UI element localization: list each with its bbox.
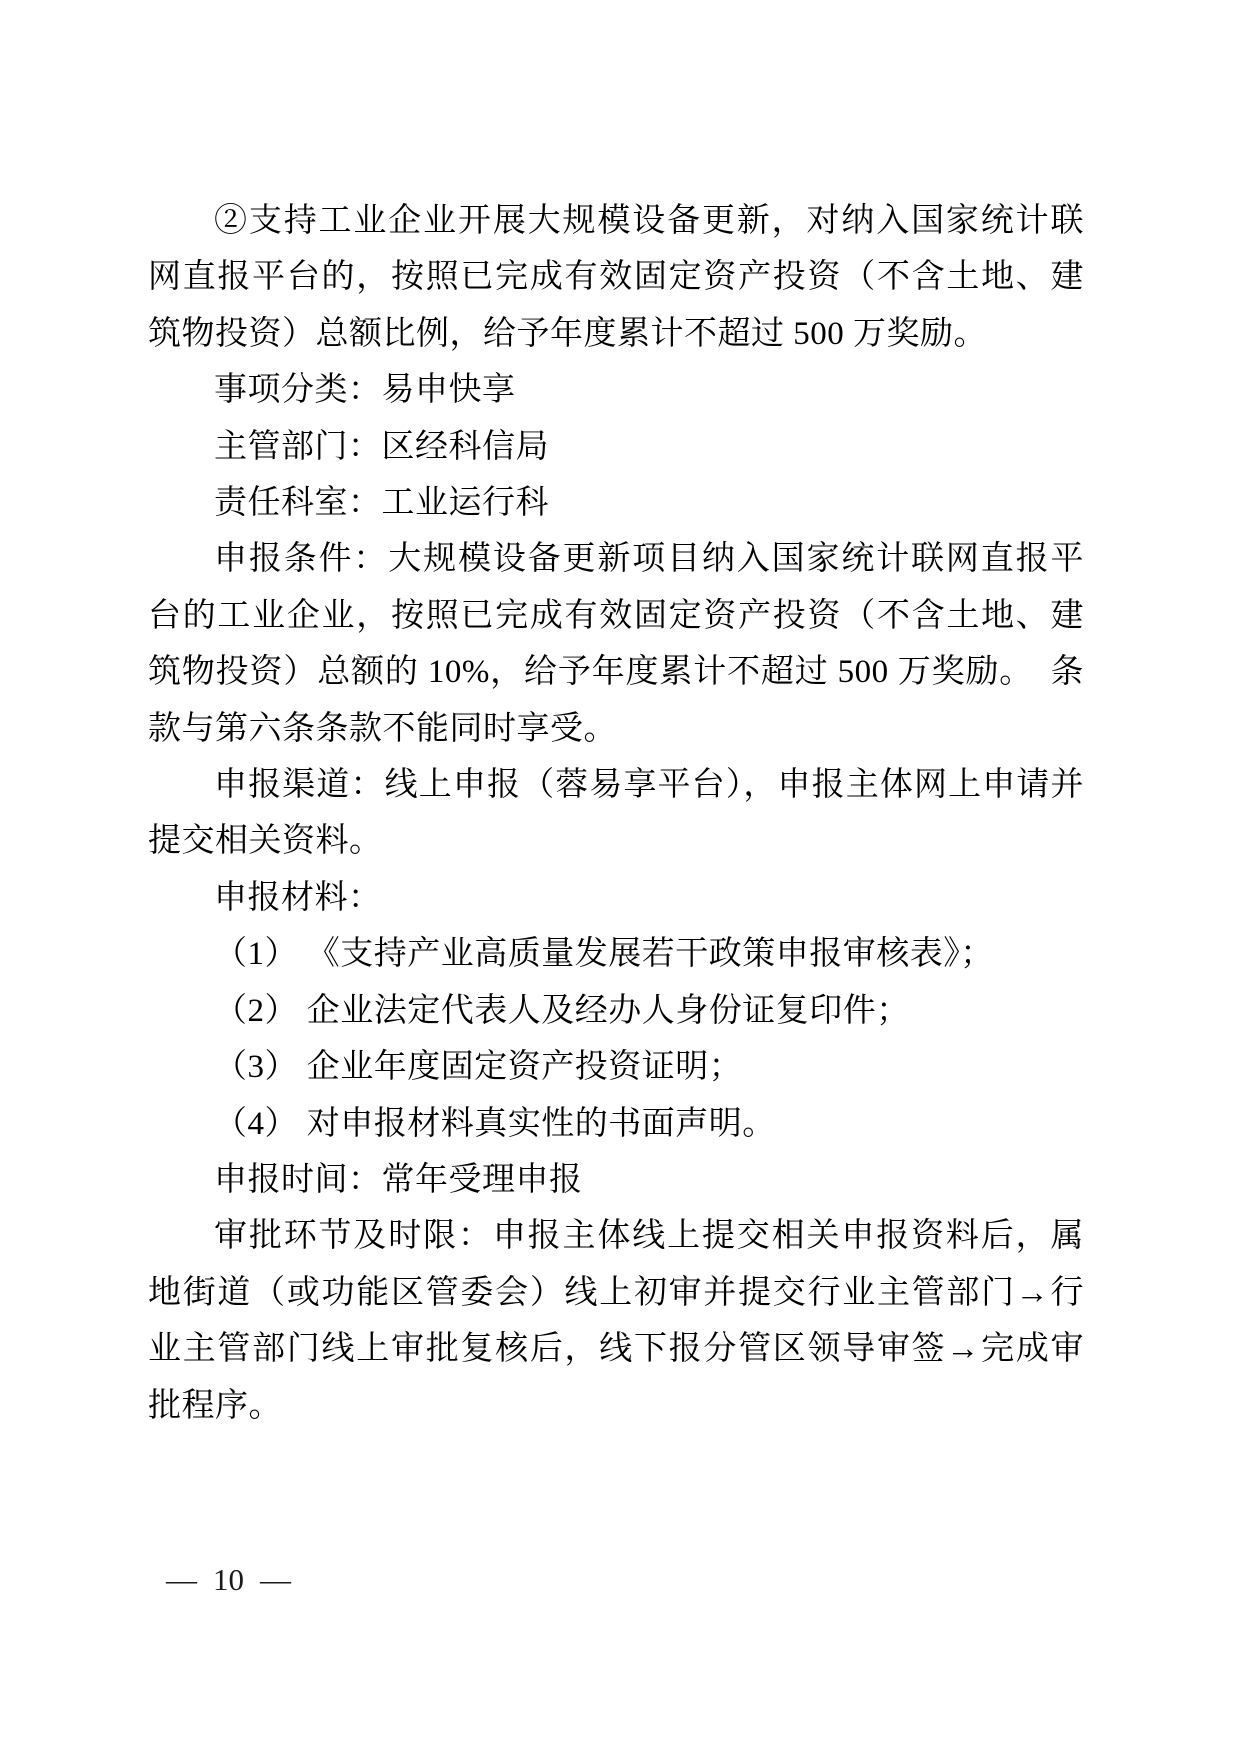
item-category-line: 事项分类：易申快享 [148,362,1084,418]
page-number: 10 [213,1560,244,1600]
document-page: ②支持工业企业开展大规模设备更新，对纳入国家统计联网直报平台的，按照已完成有效固… [0,0,1241,1755]
application-materials-heading: 申报材料： [148,870,1084,926]
footer-right-dash: — [260,1560,291,1600]
material-item-1: （1） 《支持产业高质量发展若干政策申报审核表》； [148,926,1084,982]
application-conditions-paragraph: 申报条件：大规模设备更新项目纳入国家统计联网直报平台的工业企业，按照已完成有效固… [148,531,1084,757]
material-item-2: （2） 企业法定代表人及经办人身份证复印件； [148,983,1084,1039]
responsible-department-line: 主管部门：区经科信局 [148,419,1084,475]
material-item-3: （3） 企业年度固定资产投资证明； [148,1039,1084,1095]
material-item-4: （4） 对申报材料真实性的书面声明。 [148,1096,1084,1152]
application-time-line: 申报时间：常年受理申报 [148,1152,1084,1208]
approval-process-paragraph: 审批环节及时限：申报主体线上提交相关申报资料后，属地街道（或功能区管委会）线上初… [148,1208,1084,1434]
application-channel-paragraph: 申报渠道：线上申报（蓉易享平台），申报主体网上申请并提交相关资料。 [148,757,1084,870]
document-body: ②支持工业企业开展大规模设备更新，对纳入国家统计联网直报平台的，按照已完成有效固… [148,193,1084,1434]
responsible-office-line: 责任科室：工业运行科 [148,475,1084,531]
clause-2-support-paragraph: ②支持工业企业开展大规模设备更新，对纳入国家统计联网直报平台的，按照已完成有效固… [148,193,1084,362]
page-footer: — 10 — [166,1560,291,1600]
footer-left-dash: — [166,1560,197,1600]
